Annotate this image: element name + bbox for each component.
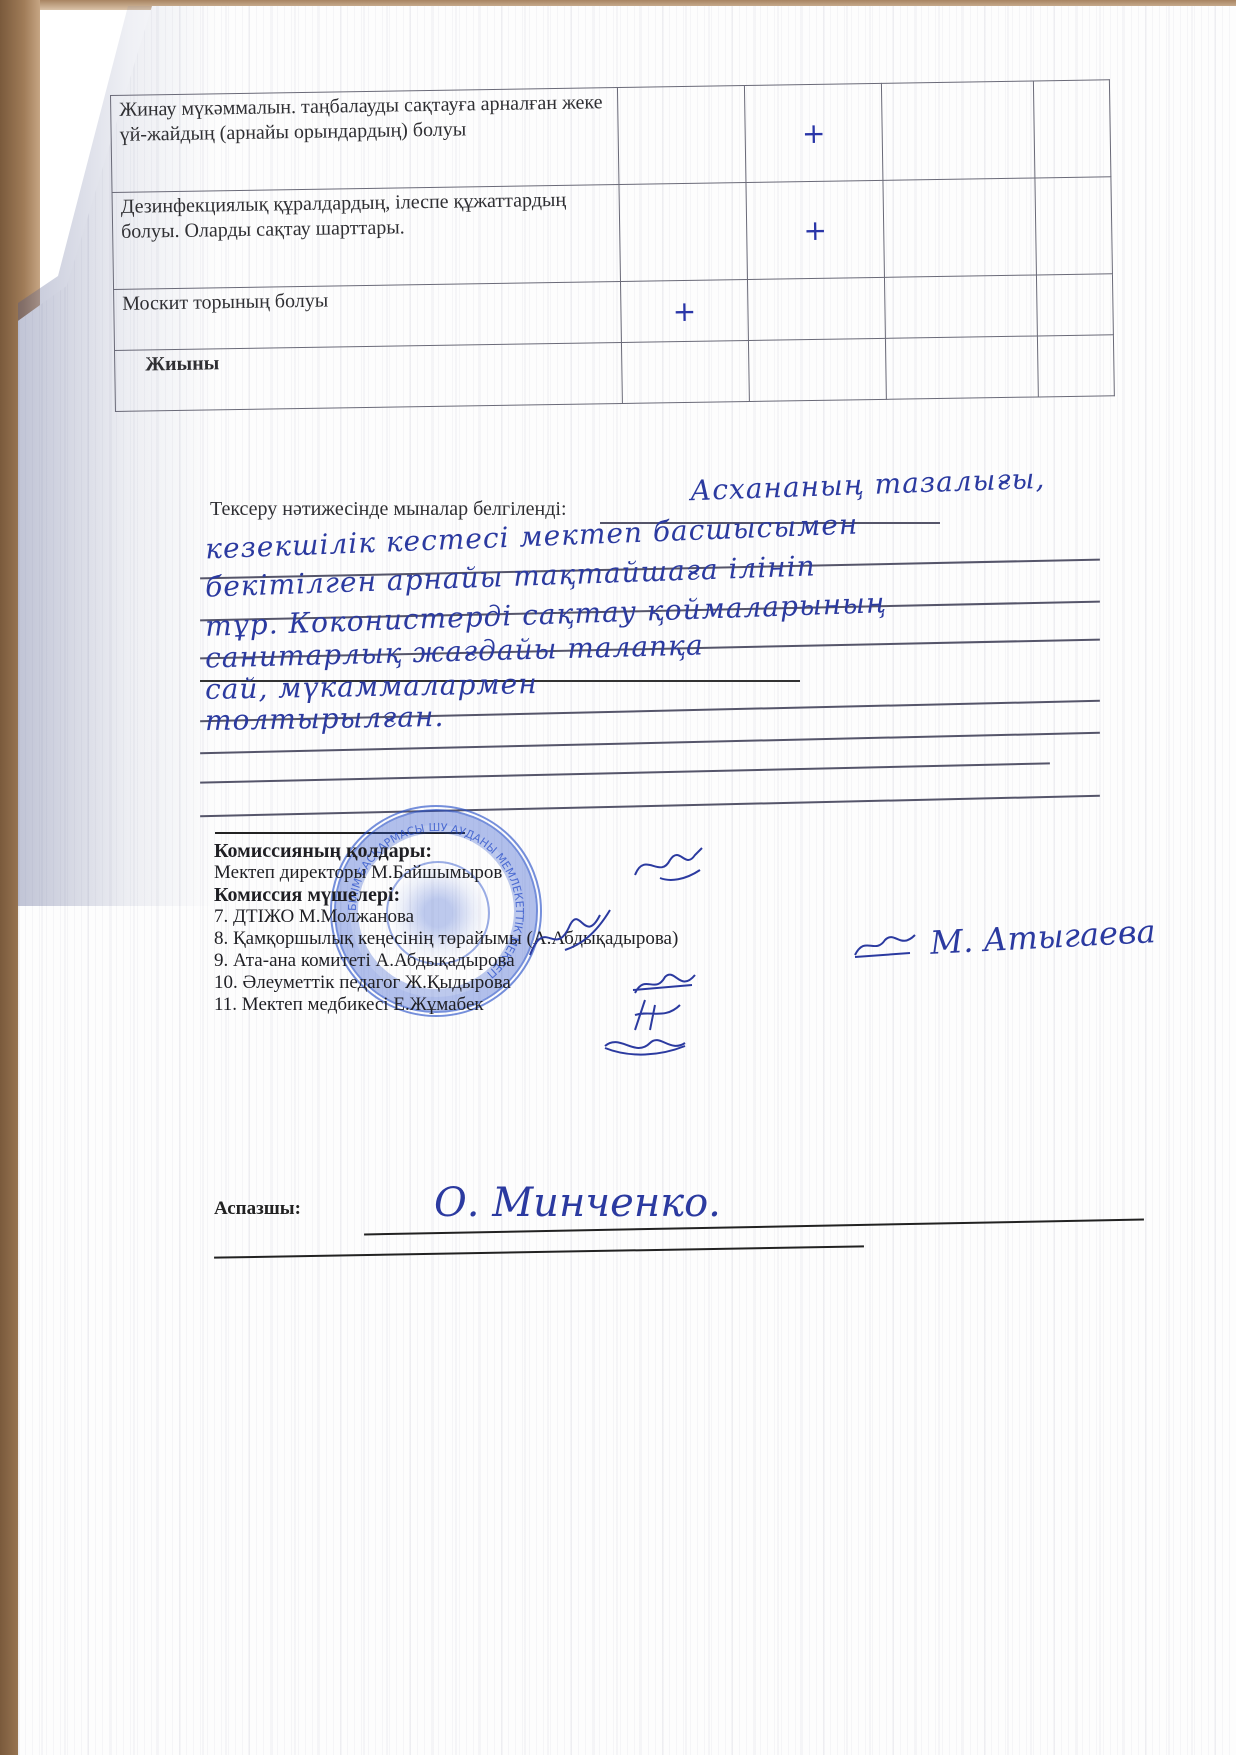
table-row: Дезинфекциялық құралдардың, ілеспе құжат… xyxy=(112,177,1112,290)
mark-cell xyxy=(1033,80,1111,178)
mark-cell xyxy=(885,336,1038,399)
mark-cell: + xyxy=(746,180,885,279)
inspection-checklist-table: Жинау мүкәммалын. таңбалауды сақтауға ар… xyxy=(110,79,1115,412)
member-signature xyxy=(525,905,615,965)
criterion-cell: Жинау мүкәммалын. таңбалауды сақтауға ар… xyxy=(111,88,619,193)
criterion-cell: Дезинфекциялық құралдардың, ілеспе құжат… xyxy=(112,185,620,290)
mark-cell xyxy=(881,81,1035,180)
table-row: Жинау мүкәммалын. таңбалауды сақтауға ар… xyxy=(111,80,1111,193)
mark-cell xyxy=(883,178,1037,277)
mark-cell xyxy=(884,275,1037,338)
criterion-cell: Москит торының болуы xyxy=(114,282,622,351)
handwritten-line: сай, мүкаммалармен xyxy=(205,667,538,706)
handwritten-line: толтырылған. xyxy=(205,700,445,737)
member-signature xyxy=(600,1028,690,1063)
mark-cell xyxy=(1036,274,1113,336)
member-signature xyxy=(850,925,920,965)
mark-cell xyxy=(619,183,748,282)
mark-cell xyxy=(747,277,885,340)
director-signature xyxy=(630,840,710,890)
mark-cell: + xyxy=(744,83,883,182)
mark-cell xyxy=(1035,177,1113,275)
cook-handwritten-name: О. Минченко. xyxy=(434,1180,721,1226)
mark-cell: + xyxy=(620,280,748,343)
mark-cell xyxy=(748,338,886,401)
findings-label: Тексеру нәтижесінде мыналар белгіленді: xyxy=(210,498,567,521)
cook-signature-block: Аспазшы: О. Минченко. xyxy=(214,1186,1134,1246)
mark-cell xyxy=(617,86,746,185)
total-label-cell: Жиыны xyxy=(115,342,623,411)
cook-label: Аспазшы: xyxy=(214,1198,301,1220)
mark-cell xyxy=(621,341,749,404)
mark-cell xyxy=(1037,335,1114,397)
